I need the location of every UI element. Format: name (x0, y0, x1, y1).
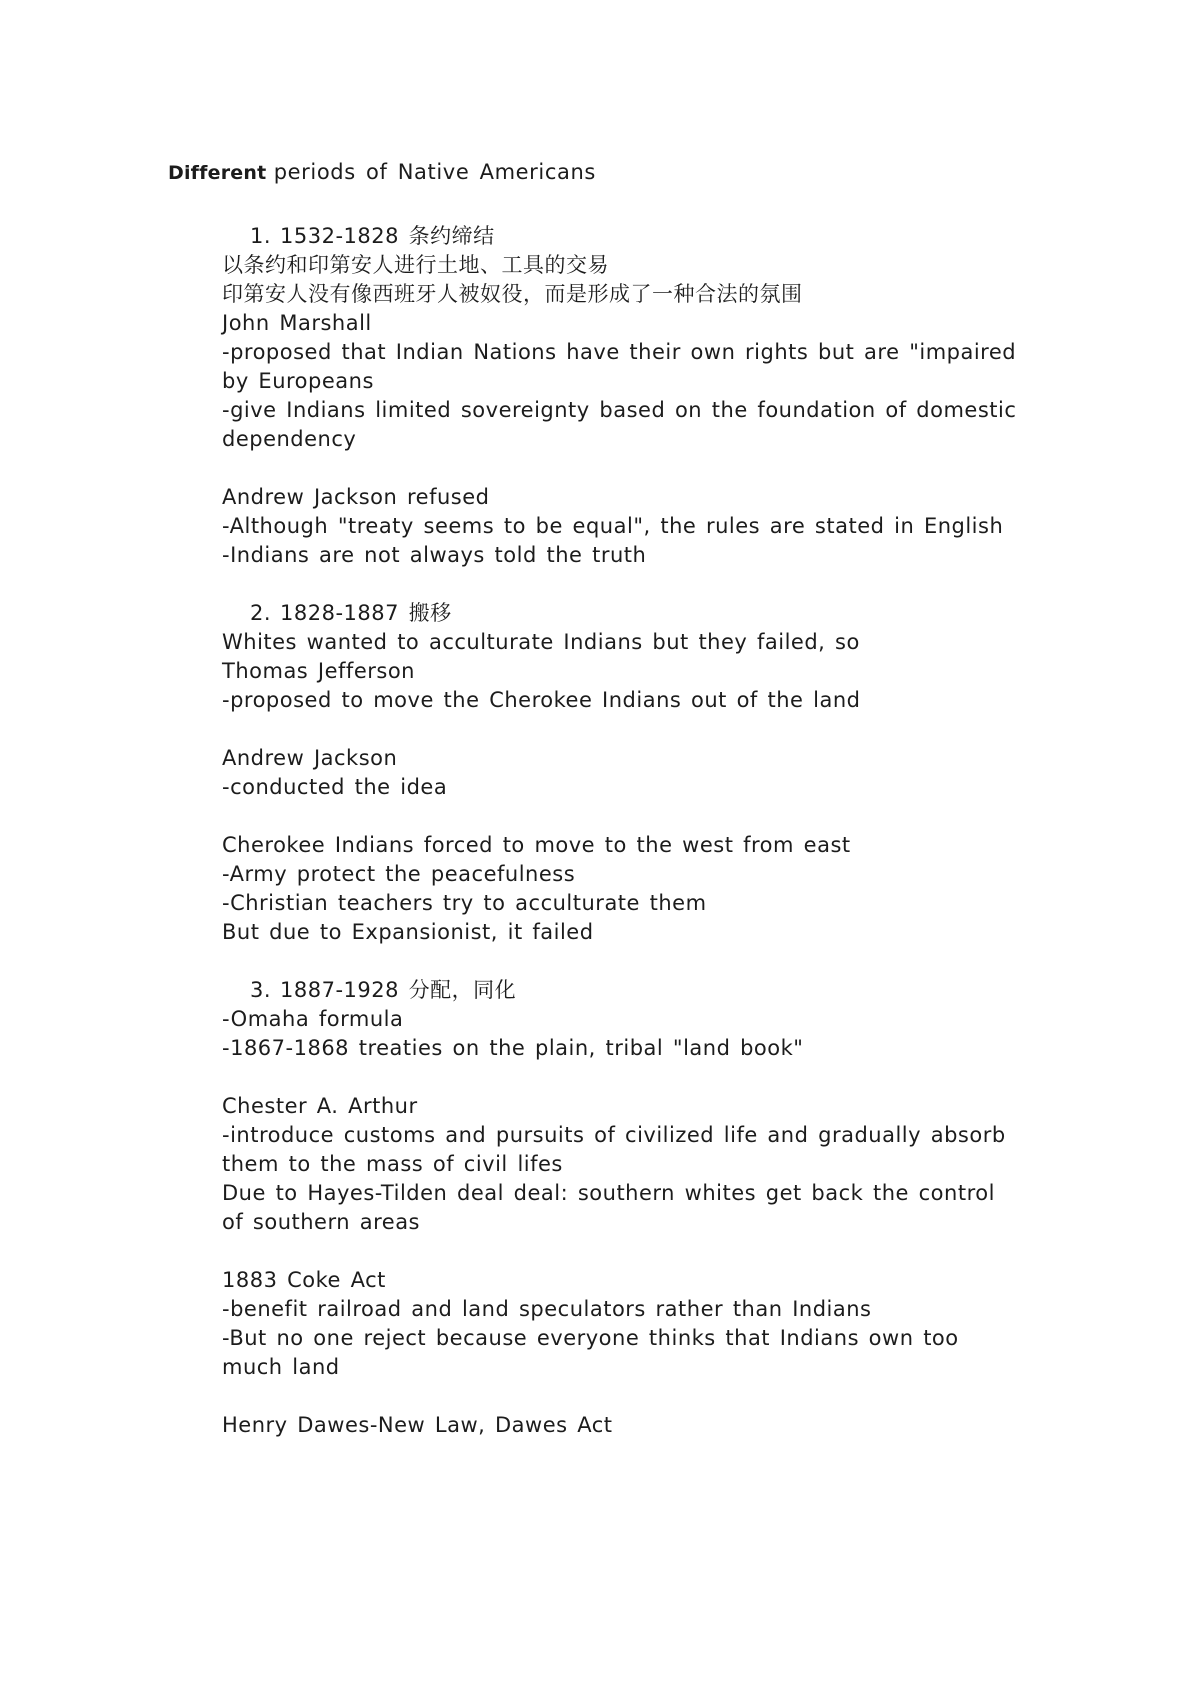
text-line: Henry Dawes-New Law, Dawes Act (222, 1411, 1082, 1440)
heading-text: 1828-1887 搬移 (280, 601, 452, 625)
list-number: 1. (250, 222, 280, 251)
text-line: 1883 Coke Act (222, 1266, 1082, 1295)
document-title: Differentperiods of Native Americans (168, 158, 596, 188)
text-line: dependency (222, 425, 1082, 454)
text-line: John Marshall (222, 309, 1082, 338)
text-line: Chester A. Arthur (222, 1092, 1082, 1121)
text-line: -Indians are not always told the truth (222, 541, 1082, 570)
text-line: Whites wanted to acculturate Indians but… (222, 628, 1082, 657)
text-line: Cherokee Indians forced to move to the w… (222, 831, 1082, 860)
blank-line (222, 1063, 1082, 1092)
text-line: -benefit railroad and land speculators r… (222, 1295, 1082, 1324)
text-line: 印第安人没有像西班牙人被奴役，而是形成了一种合法的氛围 (222, 280, 1082, 309)
text-line: by Europeans (222, 367, 1082, 396)
notes-lines: 1.1532-1828 条约缔结以条约和印第安人进行土地、工具的交易印第安人没有… (222, 222, 1082, 1440)
text-line: But due to Expansionist, it failed (222, 918, 1082, 947)
blank-line (222, 947, 1082, 976)
text-line: -conducted the idea (222, 773, 1082, 802)
document-page: Differentperiods of Native Americans 1.1… (0, 0, 1200, 1698)
blank-line (222, 1382, 1082, 1411)
document-title-rest: periods of Native Americans (274, 160, 596, 184)
text-line: -Christian teachers try to acculturate t… (222, 889, 1082, 918)
list-number: 3. (250, 976, 280, 1005)
text-line: -1867-1868 treaties on the plain, tribal… (222, 1034, 1082, 1063)
numbered-heading: 2.1828-1887 搬移 (222, 599, 1082, 628)
numbered-heading: 1.1532-1828 条约缔结 (222, 222, 1082, 251)
blank-line (222, 570, 1082, 599)
text-line: -proposed that Indian Nations have their… (222, 338, 1082, 367)
text-line: them to the mass of civil lifes (222, 1150, 1082, 1179)
text-line: -proposed to move the Cherokee Indians o… (222, 686, 1082, 715)
text-line: -But no one reject because everyone thin… (222, 1324, 1082, 1353)
text-line: -introduce customs and pursuits of civil… (222, 1121, 1082, 1150)
text-line: -Army protect the peacefulness (222, 860, 1082, 889)
document-title-emphasis: Different (168, 162, 266, 184)
blank-line (222, 715, 1082, 744)
blank-line (222, 802, 1082, 831)
text-line: much land (222, 1353, 1082, 1382)
blank-line (222, 1237, 1082, 1266)
heading-text: 1532-1828 条约缔结 (280, 224, 495, 248)
text-line: -give Indians limited sovereignty based … (222, 396, 1082, 425)
text-line: -Omaha formula (222, 1005, 1082, 1034)
text-line: Andrew Jackson (222, 744, 1082, 773)
heading-text: 1887-1928 分配，同化 (280, 978, 516, 1002)
text-line: of southern areas (222, 1208, 1082, 1237)
list-number: 2. (250, 599, 280, 628)
blank-line (222, 454, 1082, 483)
numbered-heading: 3.1887-1928 分配，同化 (222, 976, 1082, 1005)
text-line: Due to Hayes-Tilden deal deal: southern … (222, 1179, 1082, 1208)
text-line: Andrew Jackson refused (222, 483, 1082, 512)
text-line: -Although "treaty seems to be equal", th… (222, 512, 1082, 541)
text-line: 以条约和印第安人进行土地、工具的交易 (222, 251, 1082, 280)
text-line: Thomas Jefferson (222, 657, 1082, 686)
